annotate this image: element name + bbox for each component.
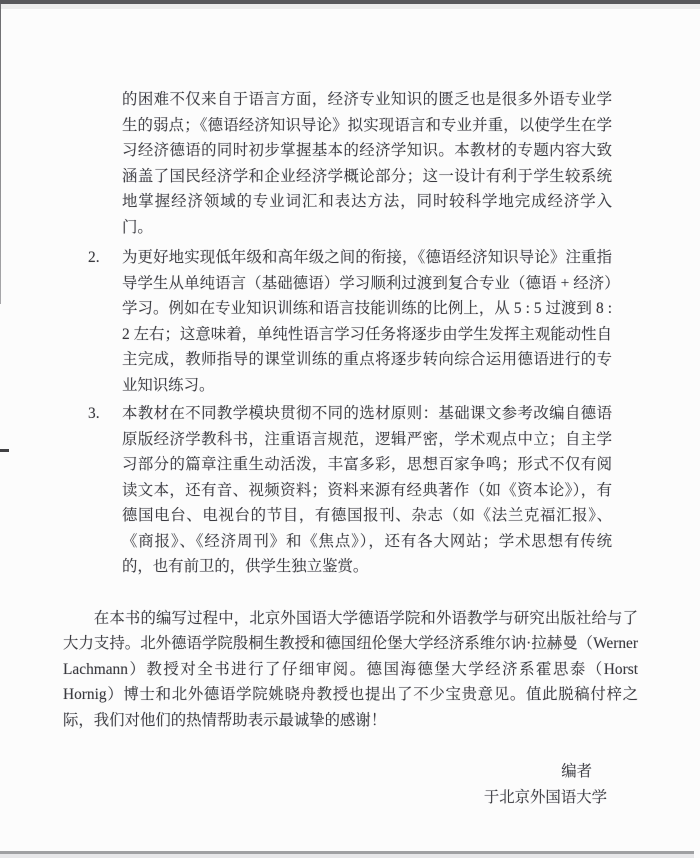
item-number: 3. — [88, 401, 122, 580]
intro-continuation-paragraph: 的困难不仅来自于语言方面，经济专业知识的匮乏也是很多外语专业学生的弱点；《德语经… — [122, 87, 612, 240]
item-text: 本教材在不同教学模块贯彻不同的选材原则：基础课文参考改编自德语原版经济学教科书，… — [122, 401, 612, 580]
acknowledgement-paragraph: 在本书的编写过程中，北京外国语大学德语学院和外语教学与研究出版社给与了大力支持。… — [63, 606, 638, 734]
signature-author: 编者 — [0, 759, 700, 785]
numbered-item-2: 2. 为更好地实现低年级和高年级之间的衔接，《德语经济知识导论》注重指导学生从单… — [88, 245, 612, 398]
scanned-book-page: 的困难不仅来自于语言方面，经济专业知识的匮乏也是很多外语专业学生的弱点；《德语经… — [0, 0, 700, 858]
signature-location: 于北京外国语大学 — [0, 785, 700, 811]
numbered-item-3: 3. 本教材在不同教学模块贯彻不同的选材原则：基础课文参考改编自德语原版经济学教… — [88, 401, 612, 580]
page-content: 的困难不仅来自于语言方面，经济专业知识的匮乏也是很多外语专业学生的弱点；《德语经… — [0, 0, 700, 858]
item-number: 2. — [88, 245, 122, 398]
item-text: 为更好地实现低年级和高年级之间的衔接，《德语经济知识导论》注重指导学生从单纯语言… — [122, 245, 612, 398]
